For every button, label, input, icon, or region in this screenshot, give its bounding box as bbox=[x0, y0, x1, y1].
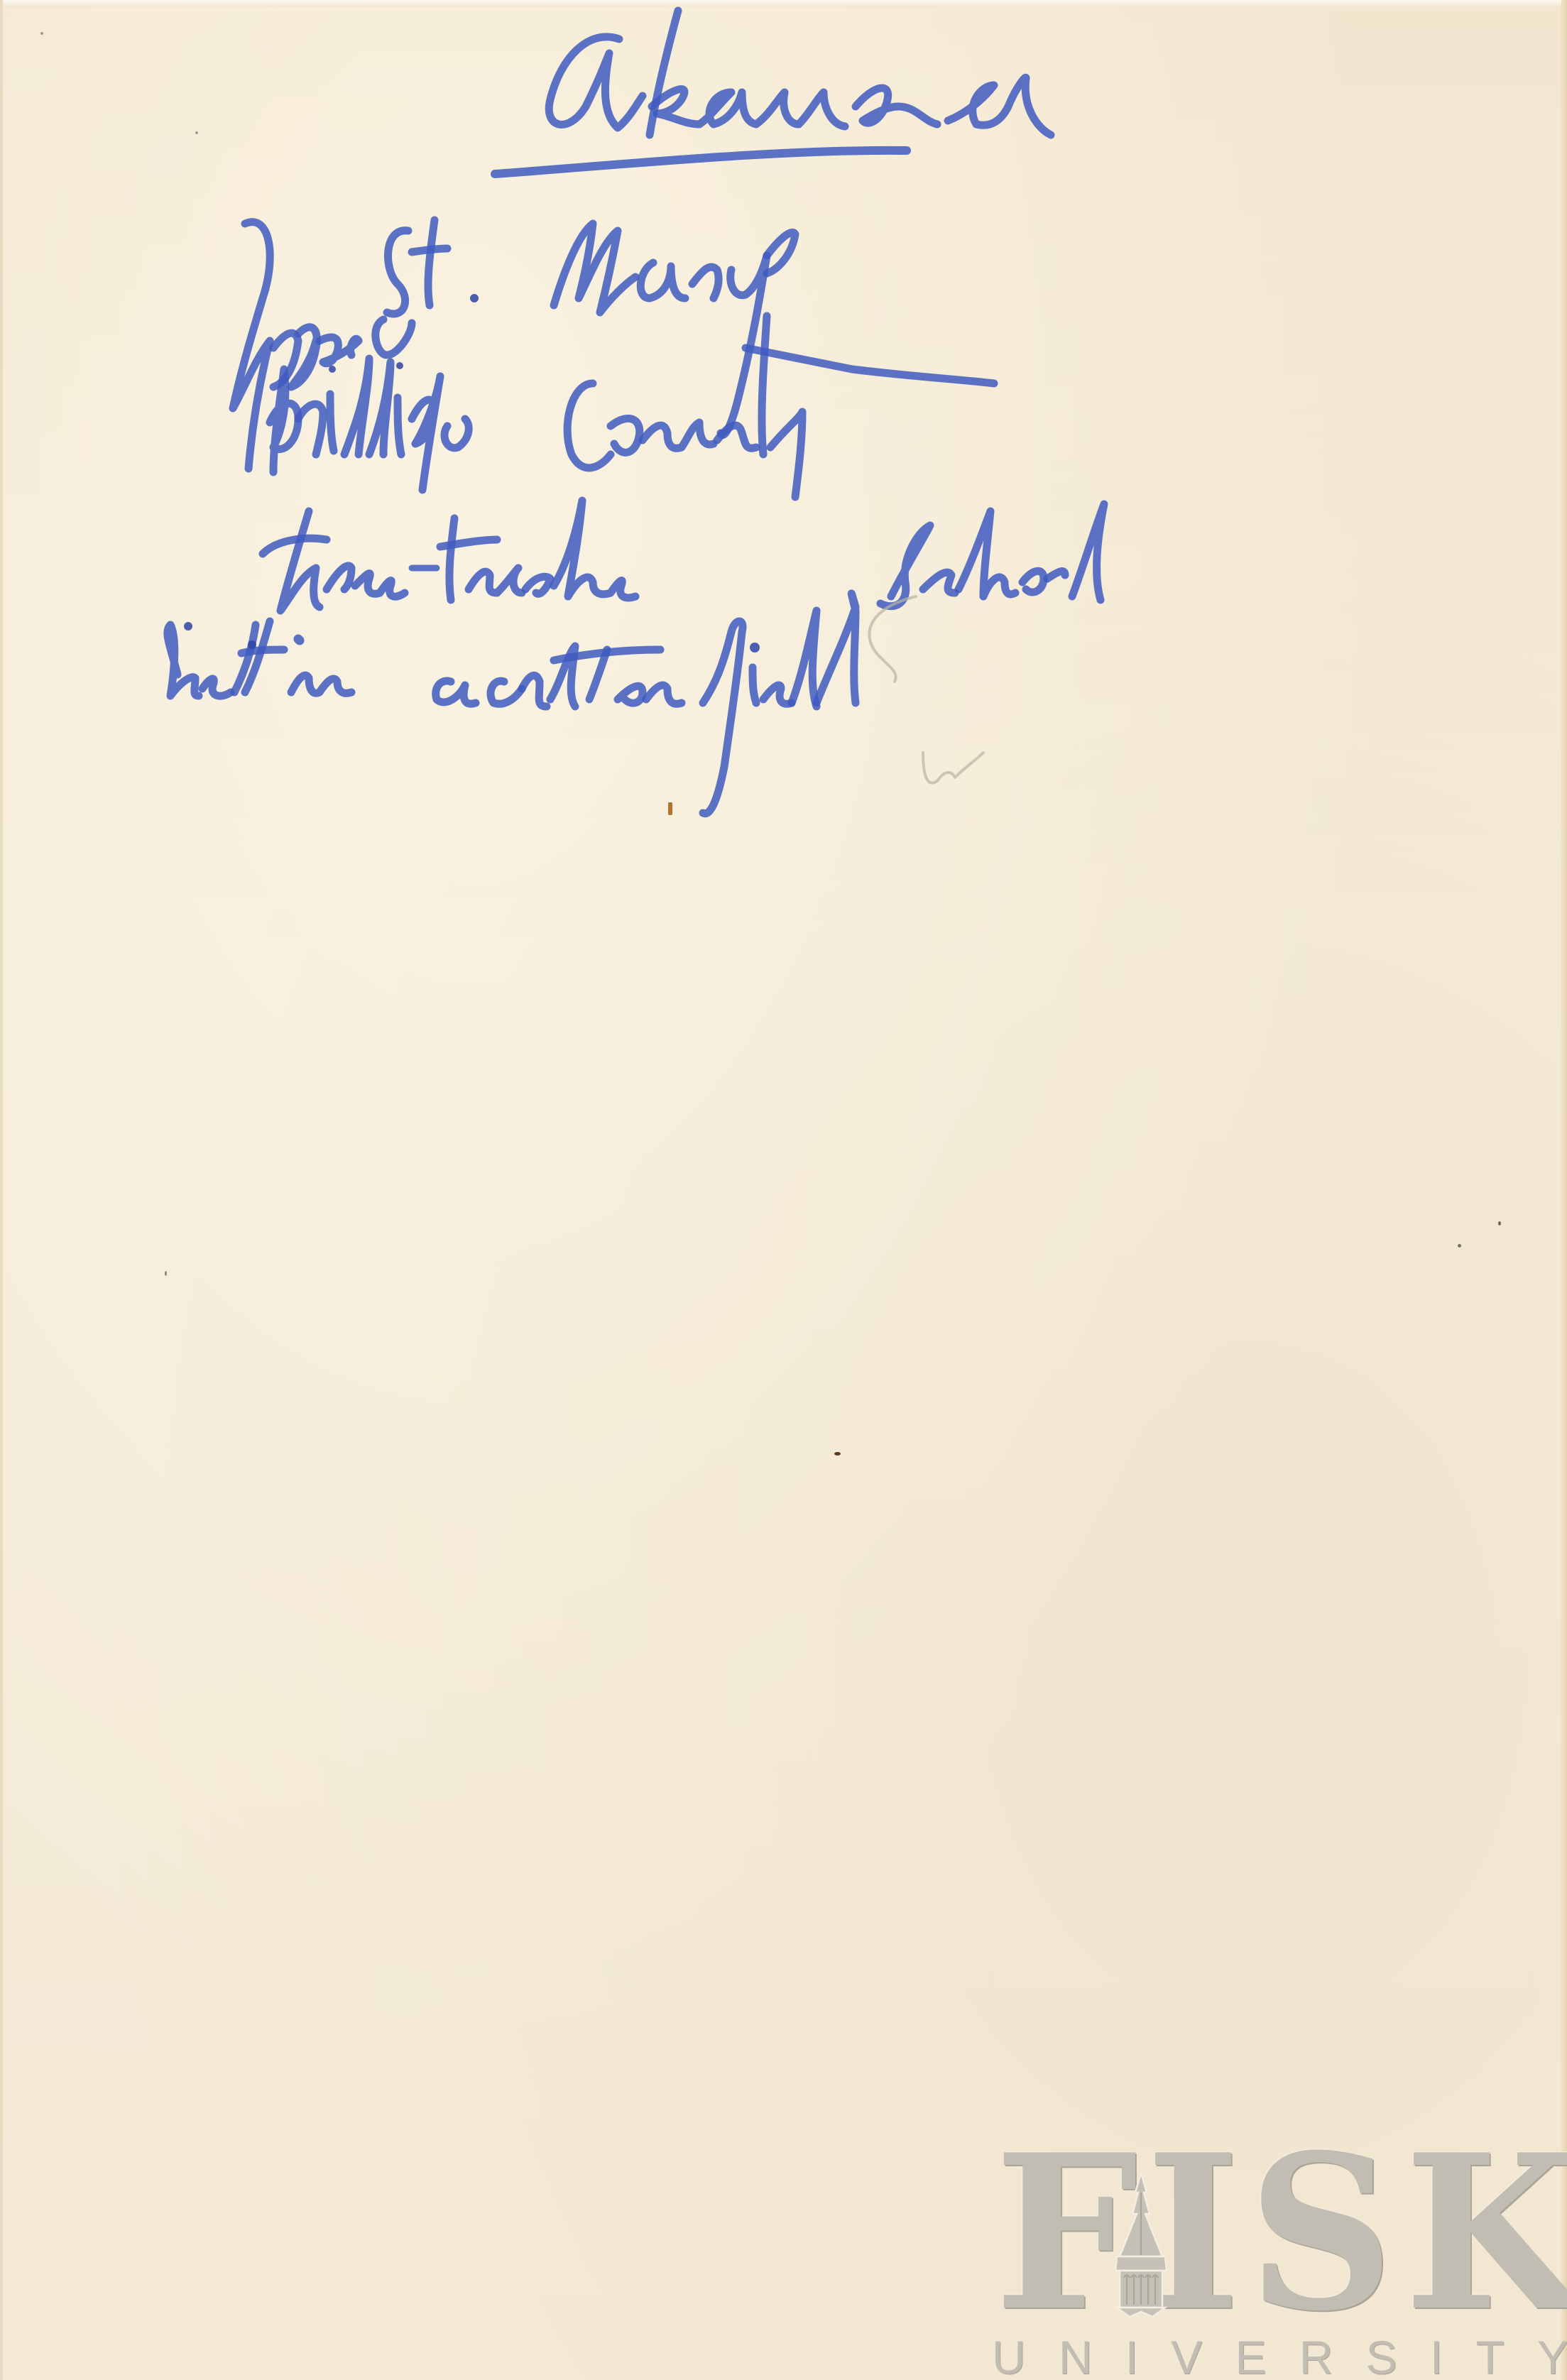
watermark-wordmark: F I S K bbox=[990, 2144, 1567, 2322]
subtitle-letter: I bbox=[1125, 2335, 1138, 2380]
watermark-letter-k: K bbox=[1404, 2144, 1567, 2322]
fisk-university-watermark: F I S K U N I V E R S I T Y bbox=[990, 2144, 1567, 2380]
subtitle-letter: U bbox=[992, 2335, 1026, 2380]
paper-speck bbox=[195, 131, 198, 134]
watermark-letter-s: S bbox=[1248, 2144, 1396, 2322]
watermark-subtitle: U N I V E R S I T Y bbox=[992, 2335, 1567, 2380]
subtitle-letter: Y bbox=[1537, 2335, 1567, 2380]
paper-speck bbox=[1498, 1221, 1501, 1226]
handwritten-heading-arkansas bbox=[495, 11, 1051, 174]
handwritten-line-three-teacher-school bbox=[263, 501, 1104, 611]
bell-tower-spire-icon bbox=[1110, 2171, 1172, 2320]
subtitle-letter: R bbox=[1299, 2335, 1333, 2380]
pencil-mark-squiggle bbox=[923, 753, 983, 783]
subtitle-letter: V bbox=[1171, 2335, 1202, 2380]
paper-speck bbox=[668, 802, 672, 815]
paper-speck bbox=[40, 32, 43, 35]
subtitle-letter: E bbox=[1235, 2335, 1267, 2380]
handwritten-line-built-in-a-cottonfield bbox=[168, 594, 856, 814]
subtitle-letter: T bbox=[1475, 2335, 1504, 2380]
subtitle-letter: S bbox=[1366, 2335, 1397, 2380]
subtitle-letter: I bbox=[1430, 2335, 1443, 2380]
paper-speck bbox=[1458, 1244, 1461, 1248]
subtitle-letter: N bbox=[1059, 2335, 1093, 2380]
paper-speck bbox=[165, 1271, 167, 1276]
handwriting-ink bbox=[0, 0, 1567, 852]
paper-speck bbox=[834, 1452, 841, 1456]
